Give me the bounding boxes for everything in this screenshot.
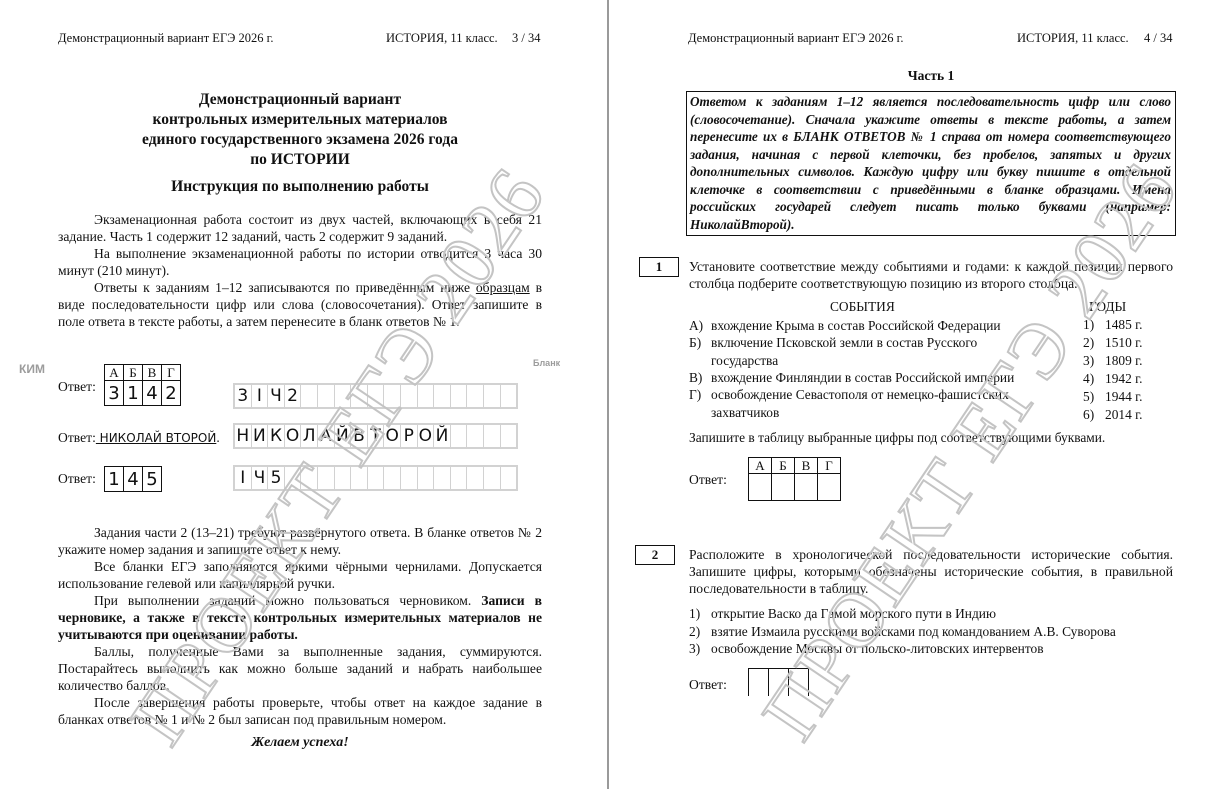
events-column-header: СОБЫТИЯ [830,299,895,315]
answer-cell: 4 [124,467,143,492]
table-header-cell: В [795,458,818,474]
event-marker: Б) [689,334,711,351]
blank-cell: 2 [285,385,301,407]
blank-cell: К [268,425,284,447]
event-item: 3)освобождение Москвы от польско-литовск… [689,640,1044,657]
item-text: взятие Измаила русскими войсками под ком… [711,624,1116,639]
event-item: 1)открытие Васко да Гамой морского пути … [689,605,996,622]
event-text: государства [711,353,778,368]
year-marker: 6) [1083,406,1105,423]
blank-cell [451,467,467,489]
blank-cell: Н [235,425,251,447]
blank-cell [401,467,417,489]
blank-cell: I [235,467,251,489]
closing-wish: Желаем успеха! [58,735,542,751]
blank-label: Бланк [533,358,560,368]
blank-cell: В [351,425,367,447]
event-item: государства [689,352,778,369]
task1-prompt: Установите соответствие между событиями … [689,258,1173,292]
blank-cell [368,467,384,489]
year-item: 4)1942 г. [1083,370,1142,387]
year-marker: 1) [1083,316,1105,333]
year-value: 1510 г. [1105,335,1142,350]
answer-label: Ответ: [58,430,96,445]
event-marker: Г) [689,386,711,403]
event-text: вхождение Финляндии в состав Российской … [711,370,1014,385]
answer-input-cell[interactable] [795,474,818,501]
blank-cell [501,467,517,489]
year-item: 2)1510 г. [1083,334,1142,351]
year-item: 3)1809 г. [1083,352,1142,369]
item-marker: 1) [689,605,711,622]
years-column-header: ГОДЫ [1089,299,1126,315]
blank-cell [484,467,500,489]
blank-cell: И [252,425,268,447]
blank-cell: I [252,385,268,407]
event-item: 2)взятие Измаила русскими войсками под к… [689,623,1116,640]
header-left: Демонстрационный вариант ЕГЭ 2026 г. [688,31,904,46]
blank-cell: Й [335,425,351,447]
event-text: включение Псковской земли в состав Русск… [711,335,977,350]
item-marker: 3) [689,640,711,657]
blank-cell: Й [434,425,450,447]
period: . [216,430,219,445]
task2-prompt: Расположите в хронологической последоват… [689,546,1173,597]
blank-answer-row: НИКОЛАЙВТОРОЙ [233,423,518,449]
watermark: ПРОЕКТ ЕГЭ 2026 [744,147,1195,756]
answer-label: Ответ: [58,471,96,487]
paragraph: При выполнении заданий можно пользоватьс… [58,592,542,643]
blank-cell [418,385,434,407]
task1-instruction: Запишите в таблицу выбранные цифры под с… [689,430,1105,446]
year-marker: 2) [1083,334,1105,351]
page-number: 4 / 34 [1144,31,1172,46]
blank-cell [301,467,317,489]
blank-cell: Т [368,425,384,447]
blank-cell [501,385,517,407]
answer-label: Ответ: [689,677,727,693]
blank-cell [351,467,367,489]
blank-cell: Р [401,425,417,447]
paragraph: Ответы к заданиям 1–12 записываются по п… [58,279,542,330]
sample-digits-table: 145 [104,466,162,492]
header-left: Демонстрационный вариант ЕГЭ 2026 г. [58,31,274,46]
blank-cell: О [384,425,400,447]
answer-cell: 2 [162,381,181,406]
event-text: освобождение Севастополя от немецко-фаши… [711,387,1009,402]
blank-cell: 5 [268,467,284,489]
header-subject: ИСТОРИЯ, 11 класс. [386,31,498,46]
word-answer: Ответ: НИКОЛАЙ ВТОРОЙ. [58,430,220,446]
year-marker: 5) [1083,388,1105,405]
event-item: В)вхождение Финляндии в состав Российско… [689,369,1014,386]
year-item: 1)1485 г. [1083,316,1142,333]
year-value: 1809 г. [1105,353,1142,368]
blank-cell [467,467,483,489]
blank-cell [484,385,500,407]
blank-cell [318,385,334,407]
blank-cell [484,425,500,447]
answer-input-cell[interactable] [818,474,841,501]
document-title: Демонстрационный вариант контрольных изм… [60,90,540,170]
blank-cell [318,467,334,489]
item-text: освобождение Москвы от польско-литовских… [711,641,1044,656]
blank-cell [285,467,301,489]
instructions-heading: Инструкция по выполнению работы [60,178,540,196]
blank-cell [401,385,417,407]
part-title: Часть 1 [686,68,1176,84]
paragraph: Задания части 2 (13–21) требуют развёрну… [58,524,542,558]
event-text: вхождение Крыма в состав Российской Феде… [711,318,1001,333]
blank-cell [301,385,317,407]
event-item: Б)включение Псковской земли в состав Рус… [689,334,977,351]
answer-cell: 5 [143,467,162,492]
event-item: А)вхождение Крыма в состав Российской Фе… [689,317,1001,334]
answer-input-cell[interactable] [749,669,769,696]
answer-cell: 3 [105,381,124,406]
answer-label: Ответ: [58,379,96,395]
event-marker: В) [689,369,711,386]
blank-cell: Ч [268,385,284,407]
answer-cell: 1 [124,381,143,406]
year-marker: 3) [1083,352,1105,369]
table-header-cell: А [749,458,772,474]
year-item: 6)2014 г. [1083,406,1142,423]
table-header-cell: А [105,365,124,381]
paragraph: Экзаменационная работа состоит из двух ч… [58,211,542,245]
blank-cell: Ч [252,467,268,489]
page-3: Демонстрационный вариант ЕГЭ 2026 г. ИСТ… [0,0,607,789]
item-text: открытие Васко да Гамой морского пути в … [711,606,996,621]
part1-instructions-box: Ответом к заданиям 1–12 является последо… [686,91,1176,236]
blank-cell: 3 [235,385,251,407]
answer-label: Ответ: [689,472,727,488]
blank-cell [384,385,400,407]
answer-input-cell[interactable] [789,669,809,696]
blank-answer-row: IЧ5 [233,465,518,491]
year-value: 1944 г. [1105,389,1142,404]
answer-input-cell[interactable] [772,474,795,501]
title-line: по ИСТОРИИ [60,150,540,170]
blank-cell: О [418,425,434,447]
samples-link: образцам [476,280,530,295]
paragraph: Все бланки ЕГЭ заполняются яркими чёрным… [58,558,542,592]
year-value: 2014 г. [1105,407,1142,422]
blank-cell [501,425,517,447]
title-line: контрольных измерительных материалов [60,110,540,130]
blank-cell: Л [301,425,317,447]
task1-answer-table: АБВГ [748,457,841,501]
paragraph: Баллы, полученные Вами за выполненные за… [58,643,542,694]
paragraph: На выполнение экзаменационной работы по … [58,245,542,279]
title-line: Демонстрационный вариант [60,90,540,110]
item-marker: 2) [689,623,711,640]
table-header-cell: В [143,365,162,381]
answer-input-cell[interactable] [769,669,789,696]
handwritten-answer: НИКОЛАЙ ВТОРОЙ [96,431,216,445]
text: При выполнении заданий можно пользоватьс… [94,593,481,608]
table-header-cell: Г [162,365,181,381]
title-line: единого государственного экзамена 2026 г… [60,130,540,150]
answer-cell: 1 [105,467,124,492]
event-text: захватчиков [711,405,779,420]
event-item: Г)освобождение Севастополя от немецко-фа… [689,386,1009,403]
page-4: Демонстрационный вариант ЕГЭ 2026 г. ИСТ… [609,0,1217,789]
answer-cell: 4 [143,381,162,406]
page-number: 3 / 34 [512,31,540,46]
blank-cell [434,467,450,489]
answer-input-cell[interactable] [749,474,772,501]
blank-cell [335,385,351,407]
blank-cell [434,385,450,407]
kim-label: КИМ [19,362,45,376]
blank-cell [418,467,434,489]
text: Ответы к заданиям 1–12 записываются по п… [94,280,476,295]
event-marker: А) [689,317,711,334]
task2-answer-table [748,668,809,696]
blank-cell [467,425,483,447]
blank-cell: А [318,425,334,447]
blank-cell [451,425,467,447]
year-value: 1942 г. [1105,371,1142,386]
sample-answer-table: АБВГ 3142 [104,364,181,406]
blank-cell [384,467,400,489]
blank-cell [368,385,384,407]
year-value: 1485 г. [1105,317,1142,332]
blank-cell [351,385,367,407]
blank-answer-row: 3IЧ2 [233,383,518,409]
blank-cell: О [285,425,301,447]
event-item: захватчиков [689,404,779,421]
table-header-cell: Г [818,458,841,474]
blank-cell [335,467,351,489]
task-number-1: 1 [639,257,679,277]
header-subject: ИСТОРИЯ, 11 класс. [1017,31,1129,46]
blank-cell [467,385,483,407]
blank-cell [451,385,467,407]
table-header-cell: Б [772,458,795,474]
table-header-cell: Б [124,365,143,381]
task-number-2: 2 [635,545,675,565]
paragraph: После завершения работы проверьте, чтобы… [58,694,542,728]
year-item: 5)1944 г. [1083,388,1142,405]
year-marker: 4) [1083,370,1105,387]
